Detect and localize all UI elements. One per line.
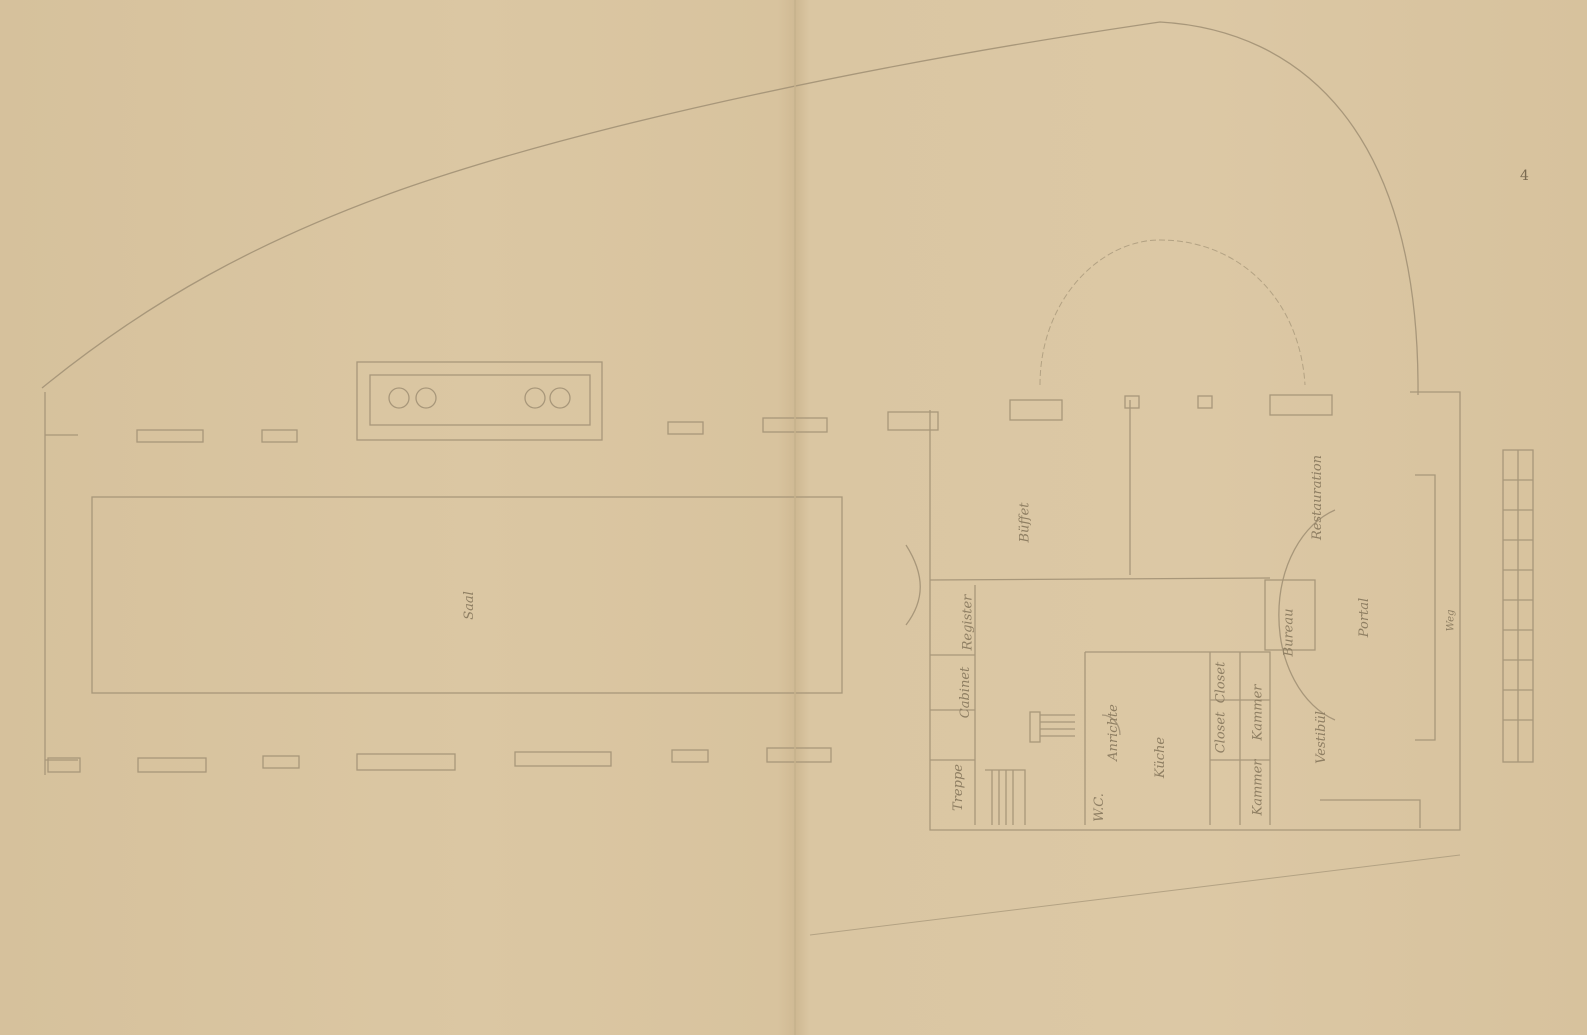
room-label-office: Bureau — [1281, 609, 1296, 657]
room-label-kitchen: Küche — [1153, 737, 1168, 778]
room-label-pantry: Anrichte — [1106, 704, 1121, 761]
scale-bar — [1503, 450, 1533, 762]
room-label-restaurant: Restauration — [1310, 455, 1325, 540]
apse-outline — [1040, 240, 1305, 385]
room-label-closet-1: Closet — [1213, 662, 1228, 704]
room-label-wc: W.C. — [1092, 793, 1107, 822]
room-label-portal: Portal — [1357, 598, 1372, 637]
hall-pilasters-bottom — [48, 748, 831, 772]
room-label-store-1: Kammer — [1251, 684, 1266, 740]
floor-plan-drawing — [0, 0, 1587, 1035]
hall-outer-wall — [45, 392, 78, 775]
room-label-hall: Saal — [462, 591, 477, 620]
drawing-sheet: Saal Büffet Restauration Portal Vestibül… — [0, 0, 1587, 1035]
room-label-cabinet: Cabinet — [958, 667, 973, 718]
room-label-store-2: Kammer — [1251, 759, 1266, 815]
room-label-street: Weg — [1445, 610, 1456, 632]
annex-walls — [906, 392, 1460, 830]
room-label-register: Register — [960, 595, 975, 651]
site-boundary — [42, 22, 1418, 395]
room-label-buffet: Büffet — [1018, 502, 1033, 542]
hall-pilasters-top — [137, 362, 938, 442]
room-label-closet-2: Closet — [1213, 712, 1228, 754]
site-boundary-bottom — [810, 855, 1460, 935]
room-label-vestibule: Vestibül — [1314, 711, 1329, 764]
room-label-stair: Treppe — [951, 764, 966, 811]
sheet-number: 4 — [1520, 168, 1529, 184]
